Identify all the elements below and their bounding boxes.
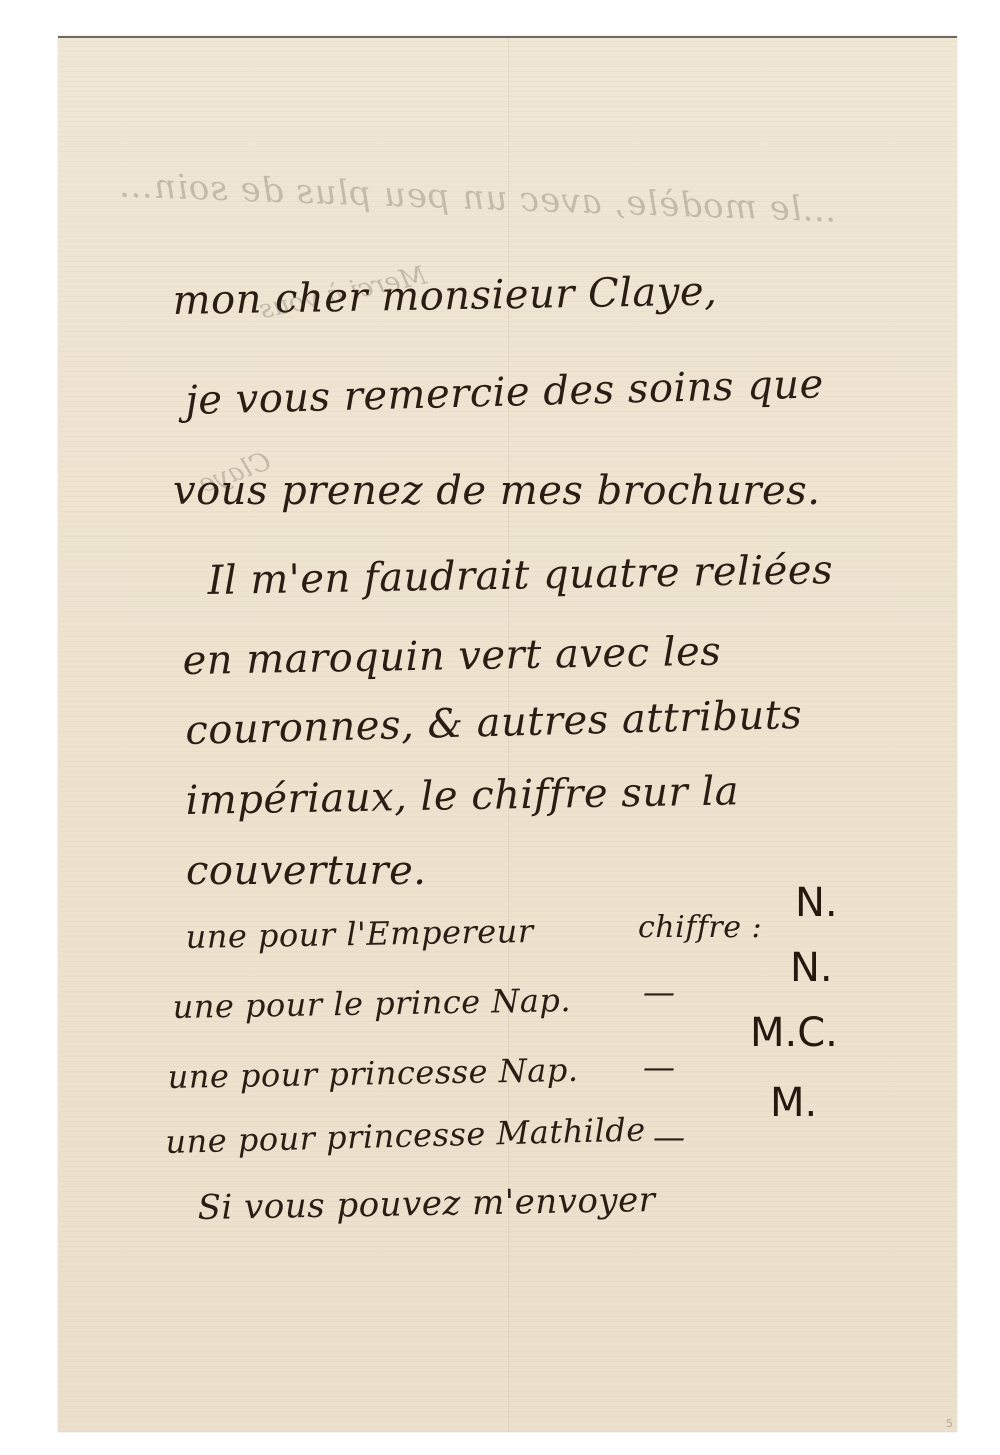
cipher-princesse-nap: M.C. [750, 1010, 838, 1056]
cipher-prince-nap: N. [790, 945, 833, 991]
letter-sheet: …le modèle, avec un peu plus de soin… Me… [58, 36, 957, 1432]
body-line-5: couronnes, & autres attributs [185, 692, 803, 754]
body-line-7: couverture. [186, 848, 426, 894]
list-item-2-text: une pour le prince Nap. [172, 981, 571, 1026]
list-item-3-text: une pour princesse Nap. [167, 1051, 578, 1096]
salutation: mon cher monsieur Claye, [172, 268, 717, 324]
body-line-6: impériaux, le chiffre sur la [185, 768, 739, 824]
cipher-emperor: N. [795, 880, 838, 926]
list-item-1-label: chiffre : [638, 910, 762, 945]
list-item-3-dash: — [643, 1048, 676, 1086]
closing-line: Si vous pouvez m'envoyer [197, 1180, 655, 1228]
body-line-1: je vous remercie des soins que [185, 361, 825, 424]
list-item-1-text: une pour l'Empereur [185, 912, 534, 956]
body-line-2: vous prenez de mes brochures. [173, 468, 820, 514]
list-item-4-dash: — [653, 1118, 686, 1156]
list-item-4-text: une pour princesse Mathilde [165, 1110, 646, 1161]
list-item-2-dash: — [643, 973, 676, 1011]
body-line-4: en maroquin vert avec les [182, 629, 721, 684]
cipher-princesse-mathilde: M. [770, 1080, 817, 1126]
corner-mark: 5 [946, 1417, 953, 1430]
show-through-text-top: …le modèle, avec un peu plus de soin… [118, 165, 838, 230]
body-line-3: Il m'en faudrait quatre reliées [207, 547, 833, 604]
